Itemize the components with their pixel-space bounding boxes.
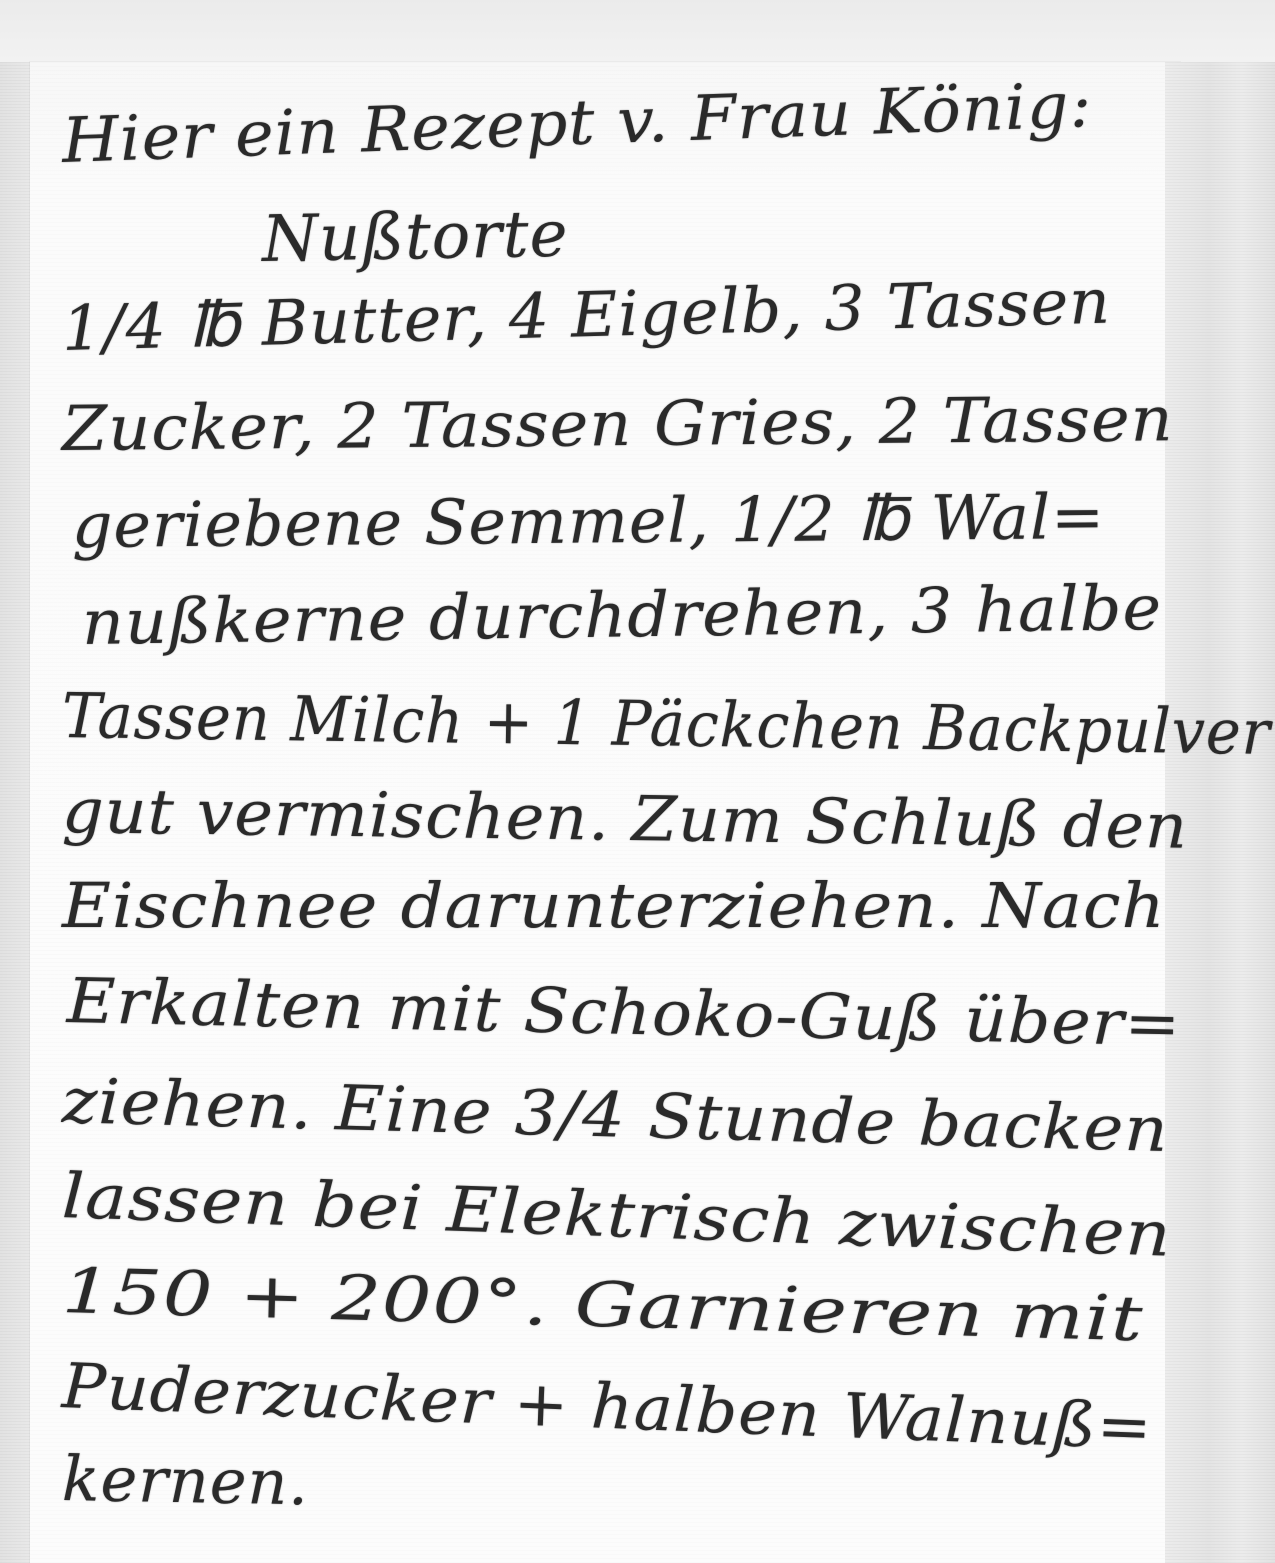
recipe-title: Nußtorte: [261, 203, 568, 272]
recipe-line: gut vermischen. Zum Schluß den: [62, 780, 1189, 858]
scan-top-edge: [0, 0, 1275, 62]
recipe-line: geriebene Semmel, 1/2 ℔ Wal=: [72, 486, 1106, 557]
recipe-line: Tassen Milch + 1 Päckchen Backpulver: [62, 685, 1272, 764]
recipe-line: kernen.: [61, 1448, 309, 1514]
recipe-line: Zucker, 2 Tassen Gries, 2 Tassen: [62, 388, 1174, 460]
recipe-line: nußkerne durchdrehen, 3 halbe: [82, 577, 1163, 654]
recipe-line: Eischnee darunterziehen. Nach: [62, 875, 1166, 937]
